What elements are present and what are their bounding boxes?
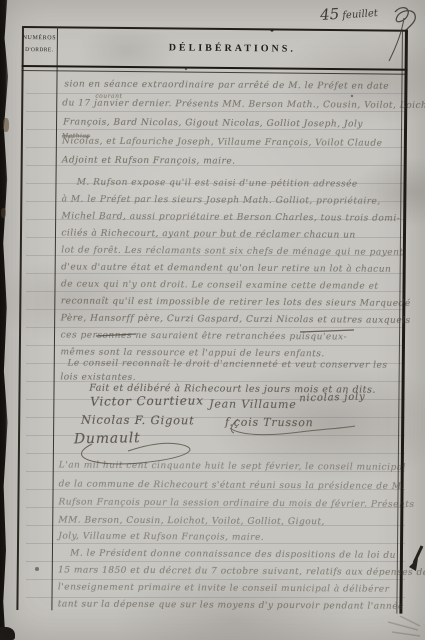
folio-word: feuillet bbox=[342, 8, 378, 21]
register-scan-page: NUMÉROS D'ORDRE. DÉLIBÉRATIONS. 45feuill… bbox=[0, 0, 425, 640]
scan-torn-edge bbox=[0, 0, 13, 640]
paper-fiber-speck bbox=[1, 208, 6, 218]
folio-annotation: 45feuillet bbox=[319, 1, 378, 24]
order-column-label-line2: D'ORDRE. bbox=[22, 47, 57, 53]
folio-number: 45 bbox=[319, 5, 339, 24]
corner-ink-blot bbox=[0, 627, 15, 640]
paper-fiber-speck bbox=[3, 118, 9, 132]
pencil-sketch-icon bbox=[388, 616, 420, 636]
ink-arrow-icon bbox=[409, 546, 422, 571]
order-number-column-header: NUMÉROS D'ORDRE. bbox=[22, 26, 57, 65]
order-column-label-line1: NUMÉROS bbox=[22, 35, 57, 42]
frame-left-border bbox=[16, 26, 23, 610]
register-table-frame: NUMÉROS D'ORDRE. DÉLIBÉRATIONS. bbox=[16, 26, 408, 614]
order-column-divider bbox=[51, 26, 58, 610]
page-title: DÉLIBÉRATIONS. bbox=[57, 26, 408, 70]
